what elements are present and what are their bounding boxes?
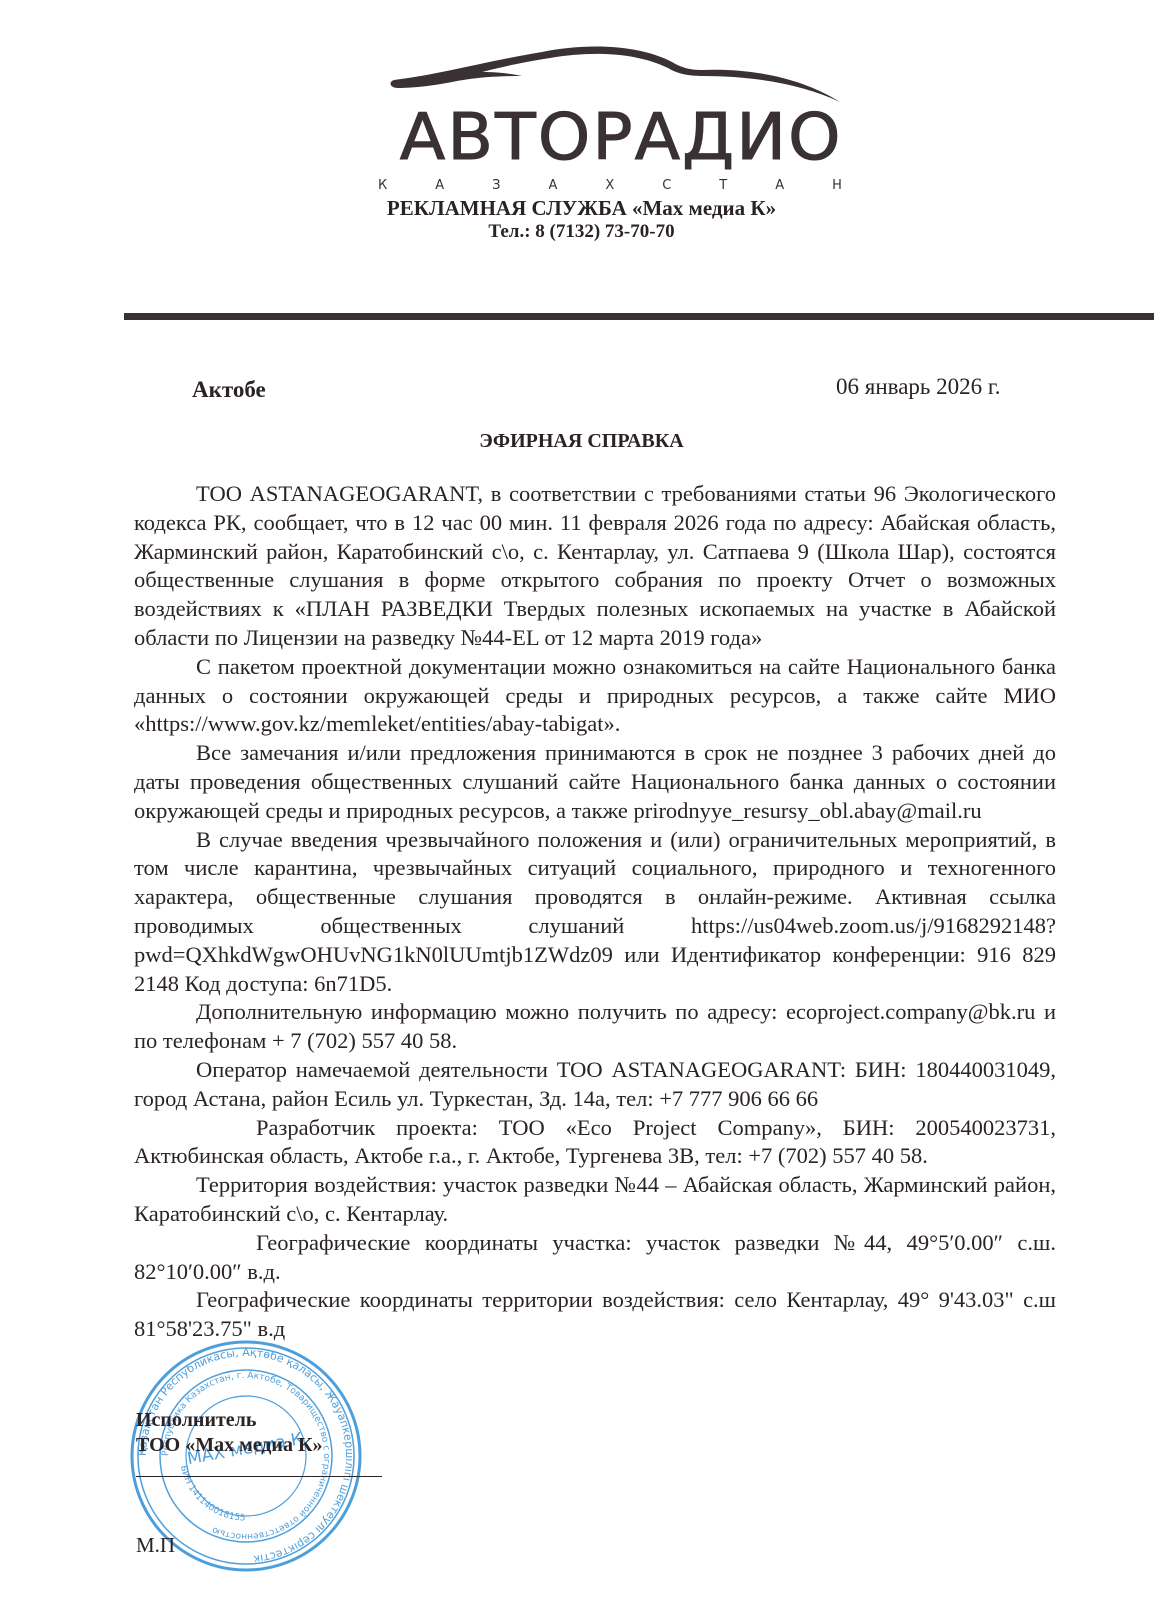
signer-block: Исполнитель ТОО «Мах медиа К» — [136, 1408, 322, 1458]
paragraph-online-mode: В случае введения чрезвычайного положени… — [134, 826, 1056, 999]
city: Актобе — [192, 377, 266, 403]
logo-wordmark: АВТОРАДИО — [382, 106, 860, 170]
svg-text:БИН 141140018155: БИН 141140018155 — [178, 1464, 246, 1523]
seal-place-mark: М.П — [136, 1533, 175, 1558]
header-divider — [124, 313, 1154, 320]
document-date: 06 январь 2026 г. — [836, 374, 1000, 400]
letterhead-phone: Тел.: 8 (7132) 73-70-70 — [0, 221, 1163, 243]
signature-line — [136, 1476, 382, 1477]
paragraph-contacts: Дополнительную информацию можно получить… — [134, 998, 1056, 1056]
signer-company: ТОО «Мах медиа К» — [136, 1433, 322, 1458]
logo-country: К А З А Х С Т А Н — [372, 178, 842, 193]
paragraph-operator: Оператор намечаемой деятельности ТОО AST… — [134, 1056, 1056, 1114]
letterhead-logo: АВТОРАДИО К А З А Х С Т А Н — [372, 44, 842, 194]
paragraph-comments: Все замечания и/или предложения принимаю… — [134, 739, 1056, 825]
paragraph-documentation: С пакетом проектной документации можно о… — [134, 653, 1056, 739]
paragraph-territory: Территория воздействия: участок разведки… — [134, 1171, 1056, 1229]
document-title: ЭФИРНАЯ СПРАВКА — [0, 430, 1163, 453]
paragraph-site-coordinates: Географические координаты участка: участ… — [134, 1229, 1056, 1287]
document-body: ТОО ASTANAGEOGARANT, в соответствии с тр… — [134, 480, 1056, 1344]
ad-service-name: РЕКЛАМНАЯ СЛУЖБА «Мах медиа К» — [0, 196, 1163, 221]
paragraph-announcement: ТОО ASTANAGEOGARANT, в соответствии с тр… — [134, 480, 1056, 653]
paragraph-developer: Разработчик проекта: ТОО «Eco Project Co… — [134, 1114, 1056, 1172]
signer-role: Исполнитель — [136, 1408, 322, 1433]
